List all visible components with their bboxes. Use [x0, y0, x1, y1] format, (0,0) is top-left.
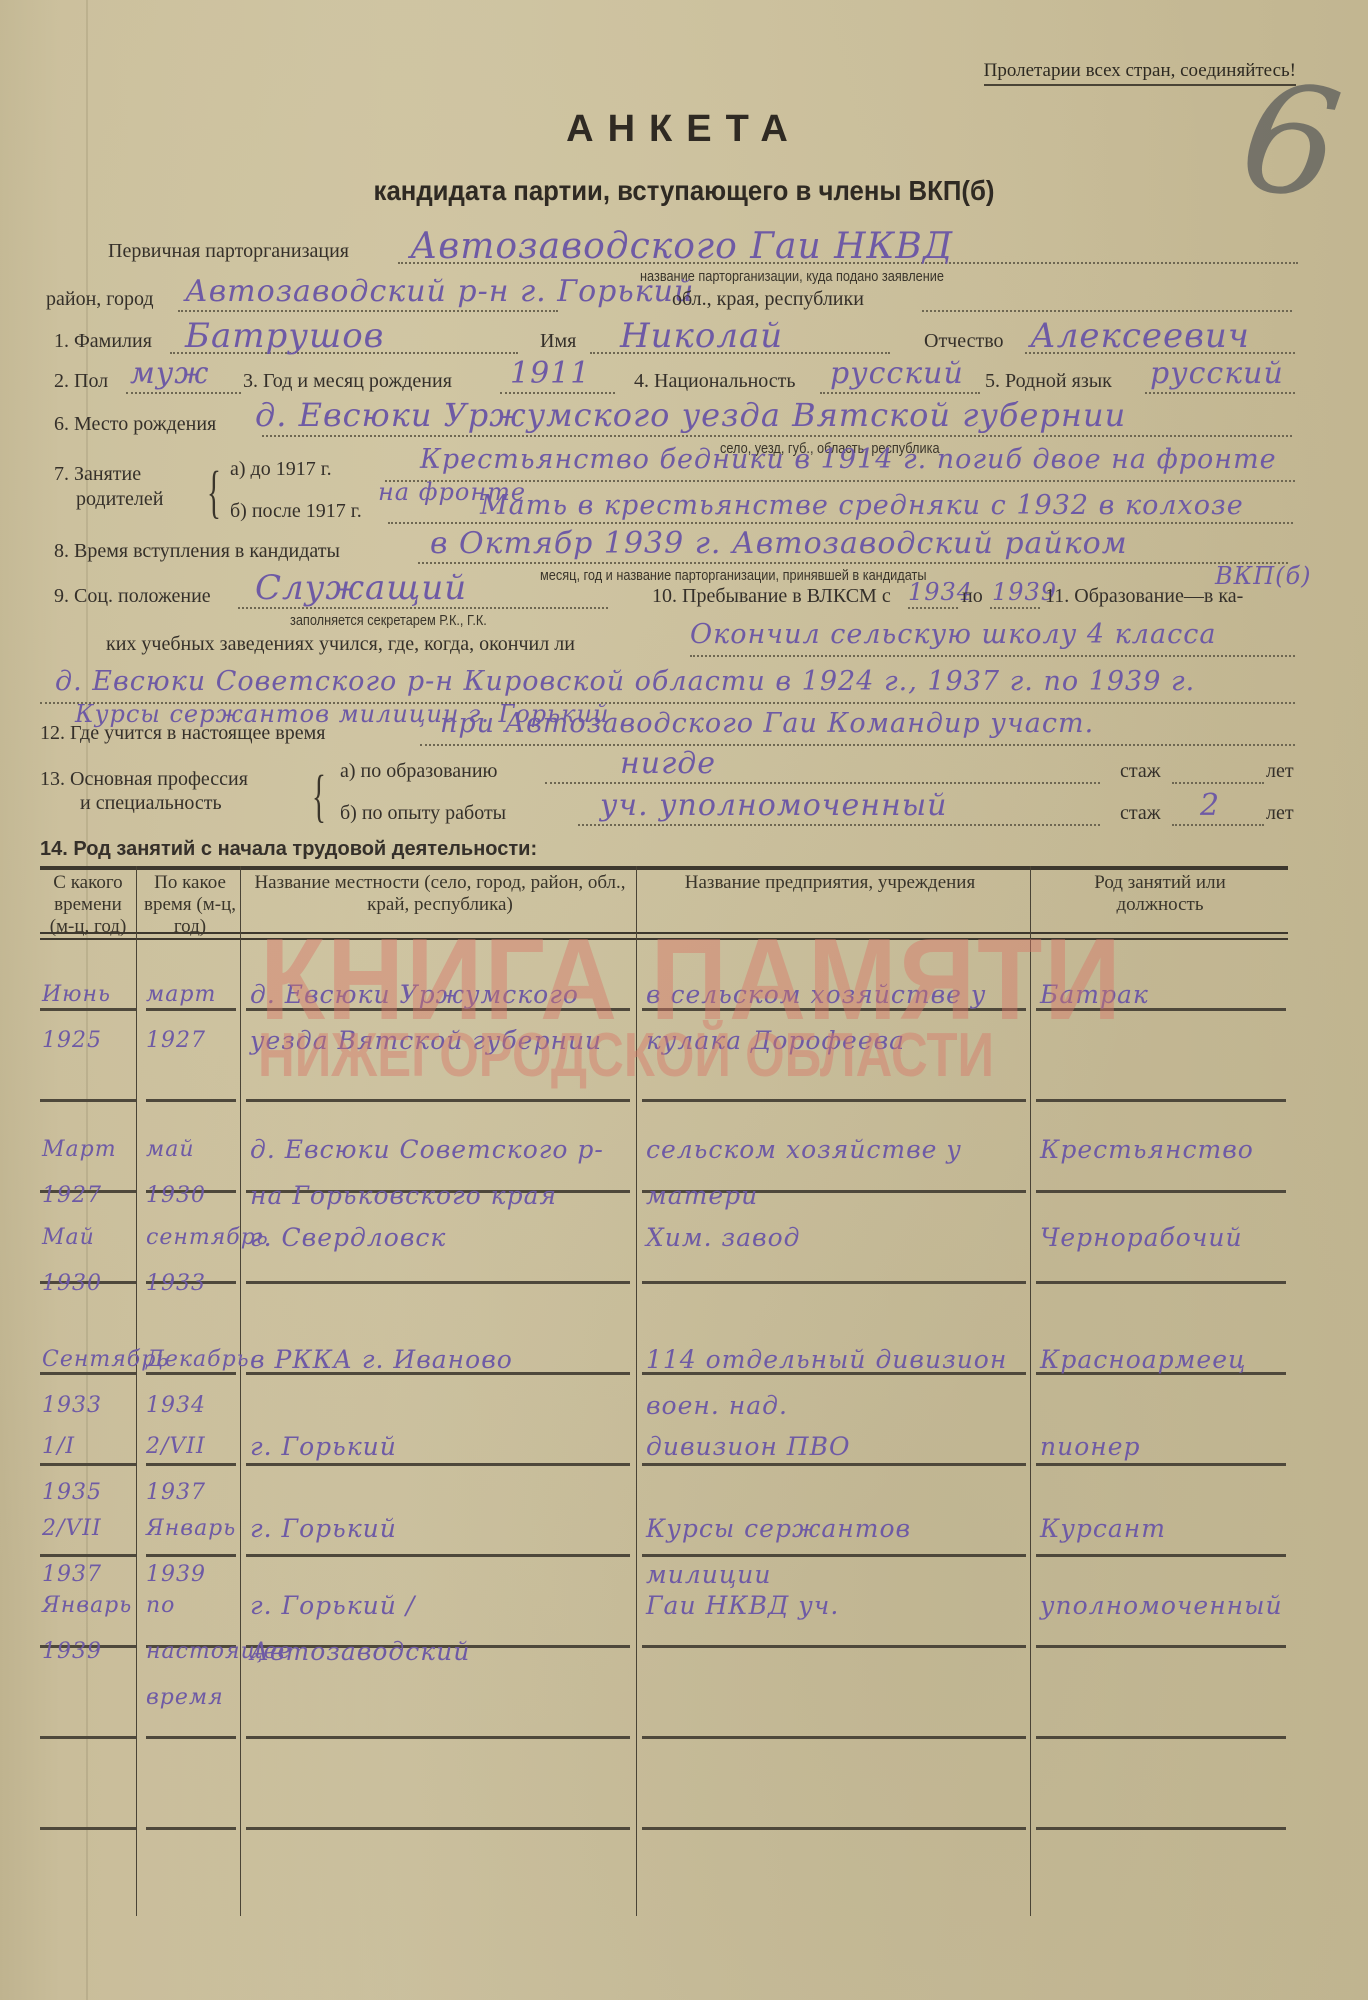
- table-ruled-line: [146, 1099, 236, 1102]
- table-cell-from: Июнь 1925: [42, 972, 134, 1064]
- table-cell-position: Крестьянство: [1040, 1127, 1300, 1173]
- district-line: [178, 310, 558, 312]
- employment-section-title: 14. Род занятий с начала трудовой деятел…: [40, 838, 537, 861]
- by-education-line: [545, 782, 1100, 784]
- tenure-label-1: стаж: [1120, 760, 1161, 783]
- table-cell-to: 2/VII 1937: [146, 1424, 234, 1516]
- social-status-label: 9. Соц. положение: [54, 585, 211, 608]
- table-ruled-line: [40, 1736, 136, 1739]
- table-ruled-line: [1036, 1099, 1286, 1102]
- table-cell-place: г. Горький: [250, 1506, 630, 1552]
- table-cell-position: Чернорабочий: [1040, 1215, 1300, 1261]
- column-divider: [240, 866, 241, 1916]
- table-cell-to: март 1927: [146, 972, 234, 1064]
- parents-label-1: 7. Занятие: [54, 463, 141, 486]
- table-cell-org: 114 отдельный дивизион воен. над.: [646, 1337, 1026, 1429]
- candidacy-label: 8. Время вступления в кандидаты: [54, 540, 340, 563]
- birth-line: [500, 392, 615, 394]
- by-work-line: [578, 824, 1100, 826]
- table-ruled-line: [146, 1827, 236, 1830]
- table-ruled-line: [246, 1099, 630, 1102]
- studying-now-label: 12. Где учится в настоящее время: [40, 722, 325, 745]
- birthplace-value: д. Евсюки Уржумского уезда Вятской губер…: [255, 396, 1126, 434]
- table-ruled-line: [642, 1827, 1026, 1830]
- column-header-place: Название местности (село, город, район, …: [250, 872, 630, 916]
- table-ruled-line: [246, 1827, 630, 1830]
- table-ruled-line: [642, 1281, 1026, 1284]
- column-header-from: С какого времени (м-ц, год): [40, 872, 136, 938]
- tenure-line-2: [1172, 824, 1264, 826]
- table-ruled-line: [246, 1281, 630, 1284]
- education-value-2: д. Евсюки Советского р-н Кировской облас…: [55, 666, 1195, 697]
- candidacy-line: [418, 562, 1288, 564]
- table-cell-position: Красноармеец: [1040, 1337, 1300, 1383]
- table-ruled-line: [40, 1099, 136, 1102]
- table-ruled-line: [1036, 1736, 1286, 1739]
- brace-2: {: [312, 762, 326, 829]
- motto: Пролетарии всех стран, соединяйтесь!: [984, 60, 1296, 86]
- table-ruled-line: [40, 1827, 136, 1830]
- table-cell-to: сентябрь 1933: [146, 1215, 234, 1307]
- education-line-1: [690, 655, 1295, 657]
- komsomol-label: 10. Пребывание в ВЛКСМ с: [652, 585, 891, 608]
- table-cell-position: Батрак: [1040, 972, 1300, 1018]
- table-ruled-line: [1036, 1827, 1286, 1830]
- region-line: [922, 310, 1292, 312]
- birthplace-label: 6. Место рождения: [54, 413, 216, 436]
- column-header-position: Род занятий или должность: [1060, 872, 1260, 916]
- parents-after-value: Мать в крестьянстве средняки с 1932 в ко…: [480, 490, 1244, 521]
- surname-label: 1. Фамилия: [54, 330, 152, 353]
- table-cell-place: в РККА г. Иваново: [250, 1337, 630, 1383]
- komsomol-to-line: [990, 607, 1040, 609]
- party-org-label: Первичная парторганизация: [108, 240, 349, 263]
- table-cell-to: по настоящее время: [146, 1583, 234, 1721]
- table-ruled-line: [1036, 1190, 1286, 1193]
- district-label: район, город: [46, 288, 154, 311]
- table-cell-org: в сельском хозяйстве у кулака Дорофеева: [646, 972, 1026, 1064]
- tenure-unit-1: лет: [1266, 760, 1294, 783]
- sex-line: [126, 392, 241, 394]
- table-cell-org: Гаи НКВД уч.: [646, 1583, 1026, 1629]
- birth-label: 3. Год и месяц рождения: [243, 370, 452, 393]
- party-org-value: Автозаводского Гаи НКВД: [410, 226, 953, 267]
- brace: {: [207, 458, 221, 525]
- birthplace-line: [262, 435, 1292, 437]
- tenure-label-2: стаж: [1120, 802, 1161, 825]
- region-label: обл., края, республики: [672, 288, 864, 311]
- patronymic-label: Отчество: [924, 330, 1004, 353]
- surname-value: Батрушов: [185, 316, 384, 356]
- komsomol-to-label: по: [962, 585, 983, 608]
- native-language-label: 5. Родной язык: [985, 370, 1112, 393]
- nationality-line: [820, 392, 980, 394]
- studying-now-line: [420, 744, 1295, 746]
- table-ruled-line: [642, 1099, 1026, 1102]
- education-value-1: Окончил сельскую школу 4 класса: [690, 619, 1216, 650]
- table-cell-to: Декабрь 1934: [146, 1337, 234, 1429]
- parents-before-value: Крестьянство бедники в 1914 г. погиб дво…: [420, 444, 1277, 475]
- candidacy-value: в Октябр 1939 г. Автозаводский райком: [430, 526, 1128, 561]
- birth-value: 1911: [510, 356, 590, 391]
- form-subtitle: кандидата партии, вступающего в члены ВК…: [55, 175, 1314, 207]
- parents-before-label: а) до 1917 г.: [230, 458, 332, 481]
- social-status-value: Служащий: [255, 568, 467, 608]
- first-name-value: Николай: [620, 316, 783, 356]
- table-cell-from: 1/I 1935: [42, 1424, 134, 1516]
- column-header-org: Название предприятия, учреждения: [680, 872, 980, 894]
- native-language-value: русский: [1150, 356, 1284, 391]
- tenure-line-1: [1172, 782, 1264, 784]
- by-work-tenure: 2: [1200, 788, 1220, 823]
- table-cell-from: Май 1930: [42, 1215, 134, 1307]
- table-cell-position: пионер: [1040, 1424, 1300, 1470]
- table-cell-to: май 1930: [146, 1127, 234, 1219]
- table-ruled-line: [146, 1736, 236, 1739]
- table-cell-place: д. Евсюки Советского р-на Горьковского к…: [250, 1127, 630, 1219]
- form-title: АНКЕТА: [0, 108, 1368, 151]
- candidacy-caption: месяц, год и название парторганизации, п…: [540, 567, 927, 584]
- social-status-caption: заполняется секретарем Р.К., Г.К.: [290, 612, 487, 629]
- table-cell-place: г. Горький / Автозаводский: [250, 1583, 630, 1675]
- table-ruled-line: [1036, 1281, 1286, 1284]
- by-education-label: а) по образованию: [340, 760, 497, 783]
- studying-now-value: при Автозаводского Гаи Командир участ.: [440, 708, 1094, 739]
- table-cell-org: сельском хозяйстве у матери: [646, 1127, 1026, 1219]
- table-cell-position: Курсант: [1040, 1506, 1300, 1552]
- table-ruled-line: [1036, 1554, 1286, 1557]
- table-top-rule: [40, 866, 1288, 870]
- by-education-value: нигде: [620, 746, 716, 781]
- table-ruled-line: [246, 1736, 630, 1739]
- table-cell-place: г. Свердловск: [250, 1215, 630, 1261]
- nationality-value: русский: [830, 356, 964, 391]
- column-divider: [136, 866, 137, 1916]
- komsomol-from-line: [908, 607, 958, 609]
- tenure-unit-2: лет: [1266, 802, 1294, 825]
- education-label-cont: ких учебных заведениях учился, где, когд…: [106, 633, 575, 656]
- table-ruled-line: [1036, 1645, 1286, 1648]
- sex-label: 2. Пол: [54, 370, 108, 393]
- table-cell-from: Сентябрь 1933: [42, 1337, 134, 1429]
- table-cell-from: Март 1927: [42, 1127, 134, 1219]
- parents-after-label: б) после 1917 г.: [230, 500, 362, 523]
- parents-after-line: [388, 522, 1293, 524]
- native-language-line: [1145, 392, 1295, 394]
- table-ruled-line: [642, 1736, 1026, 1739]
- nationality-label: 4. Национальность: [634, 370, 796, 393]
- patronymic-value: Алексеевич: [1030, 316, 1250, 356]
- table-cell-place: д. Евсюки Уржумского уезда Вятской губер…: [250, 972, 630, 1064]
- by-work-value: уч. уполномоченный: [600, 788, 947, 823]
- district-value: Автозаводский р-н г. Горький: [185, 274, 694, 309]
- table-cell-from: Январь 1939: [42, 1583, 134, 1675]
- education-label: 11. Образование—в ка-: [1045, 585, 1243, 608]
- parents-label-2: родителей: [76, 488, 163, 511]
- table-cell-org: дивизион ПВО: [646, 1424, 1026, 1470]
- table-cell-position: уполномоченный: [1040, 1583, 1300, 1629]
- table-cell-place: г. Горький: [250, 1424, 630, 1470]
- column-divider: [636, 866, 637, 1916]
- profession-label-1: 13. Основная профессия: [40, 768, 248, 791]
- column-divider: [1030, 866, 1031, 1916]
- column-header-to: По какое время (м-ц, год): [140, 872, 240, 938]
- first-name-label: Имя: [540, 330, 576, 353]
- profession-label-2: и специальность: [80, 792, 222, 815]
- table-header-rule-2: [40, 938, 1288, 940]
- sex-value: муж: [130, 356, 209, 391]
- by-work-label: б) по опыту работы: [340, 802, 506, 825]
- table-ruled-line: [642, 1645, 1026, 1648]
- table-cell-org: Хим. завод: [646, 1215, 1026, 1261]
- table-ruled-line: [246, 1554, 630, 1557]
